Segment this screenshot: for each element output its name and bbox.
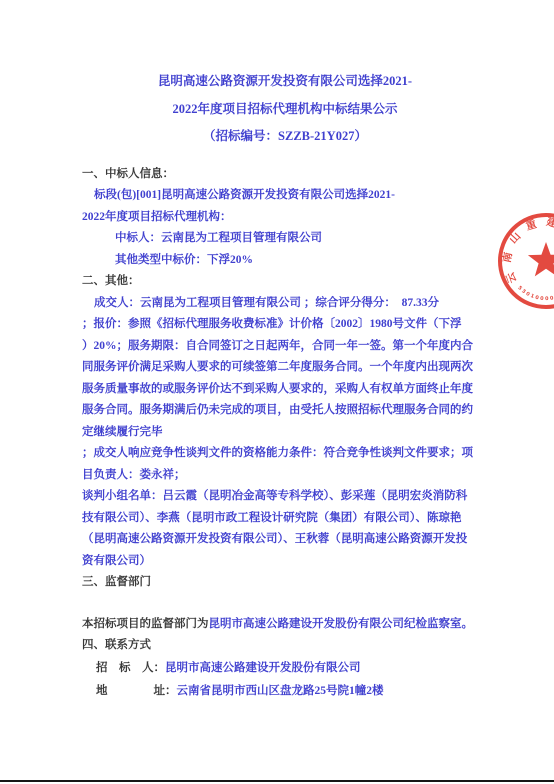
body-line: ；报价：参照《招标代理服务收费标准》计价格〔2002〕1980号文件（下浮 <box>82 314 488 336</box>
body-line: 其他类型中标价：下浮20% <box>82 250 488 272</box>
contact-value: 云南省昆明市西山区盘龙路25号院1幢2楼 <box>177 685 384 697</box>
doc-title: 昆明高速公路资源开发投资有限公司选择2021- 2022年度项目招标代理机构中标… <box>82 68 488 151</box>
doc-title-line: （招标编号：SZZB-21Y027） <box>82 123 488 151</box>
contact-row: 招 标 人：昆明市高速公路建设开发股份有限公司 <box>82 657 488 680</box>
body-line: 同服务评价满足采购人要求的可续签第二年度服务合同。一个年度内出现两次 <box>82 357 488 379</box>
seal-serial-number: 5301000000000 <box>516 283 554 302</box>
doc-title-line: 2022年度项目招标代理机构中标结果公示 <box>82 96 488 124</box>
body-line: 中标人：云南昆为工程项目管理有限公司 <box>82 228 488 250</box>
body-line: 服务质量事故的或服务评价达不到采购人要求的，采购人有权单方面终止年度 <box>82 379 488 401</box>
doc-title-line: 昆明高速公路资源开发投资有限公司选择2021- <box>82 68 488 96</box>
section2-body: 成交人：云南昆为工程项目管理有限公司 ；综合评分得分： 87.33分 ；报价：参… <box>82 293 488 573</box>
body-line: 谈判小组名单：吕云霞（昆明冶金高等专科学校）、彭采莲（昆明宏炎消防科 <box>82 486 488 508</box>
page-bottom-border <box>0 780 554 782</box>
body-line: 成交人：云南昆为工程项目管理有限公司 ；综合评分得分： 87.33分 <box>82 293 488 315</box>
document-content: 昆明高速公路资源开发投资有限公司选择2021- 2022年度项目招标代理机构中标… <box>82 0 488 703</box>
body-line: （昆明高速公路资源开发投资有限公司）、王秋蓉（昆明高速公路资源开发投 <box>82 529 488 551</box>
section1-heading: 一、中标人信息： <box>82 164 488 186</box>
supervision-paragraph: 本招标项目的监督部门为昆明市高速公路建设开发股份有限公司纪检监察室。 <box>82 614 488 636</box>
seal-star-icon <box>528 242 554 276</box>
body-line: 服务合同。服务期满后仍未完成的项目，由受托人按照招标代理服务合同的约 <box>82 400 488 422</box>
body-line: 标段(包)[001]昆明高速公路资源开发投资有限公司选择2021- <box>82 185 488 207</box>
section1-body: 标段(包)[001]昆明高速公路资源开发投资有限公司选择2021- 2022年度… <box>82 185 488 271</box>
contact-rows: 招 标 人：昆明市高速公路建设开发股份有限公司 地 址：云南省昆明市西山区盘龙路… <box>82 657 488 703</box>
body-line: ）20%；服务期限：自合同签订之日起两年，合同一年一签。第一个年度内合 <box>82 336 488 358</box>
contact-label: 地 址： <box>96 685 177 697</box>
body-line: 技有限公司）、李燕（昆明市政工程设计研究院（集团）有限公司）、陈琼艳 <box>82 508 488 530</box>
contact-row: 地 址：云南省昆明市西山区盘龙路25号院1幢2楼 <box>82 680 488 703</box>
supervision-prefix: 本招标项目的监督部门为 <box>82 618 209 630</box>
section2-heading: 二、其他： <box>82 271 488 293</box>
supervision-org: 昆明市高速公路建设开发股份有限公司纪检监察室。 <box>209 618 474 630</box>
body-line: ；成交人响应竞争性谈判文件的资格能力条件：符合竞争性谈判文件要求；项 <box>82 443 488 465</box>
seal-ring-icon <box>500 215 554 307</box>
body-line: 定继续履行完毕 <box>82 422 488 444</box>
contact-label: 招 标 人： <box>96 662 165 674</box>
seal-arc-text: 云南山重建设工程 <box>500 215 554 285</box>
section3-heading: 三、监督部门 <box>82 572 488 594</box>
body-line: 资有限公司） <box>82 551 488 573</box>
section4-heading: 四、联系方式 <box>82 635 488 657</box>
body-line: 2022年度项目招标代理机构： <box>82 207 488 229</box>
body-line: 目负责人：娄永祥； <box>82 465 488 487</box>
document-page: 昆明高速公路资源开发投资有限公司选择2021- 2022年度项目招标代理机构中标… <box>0 0 554 784</box>
contact-value: 昆明市高速公路建设开发股份有限公司 <box>165 662 361 674</box>
